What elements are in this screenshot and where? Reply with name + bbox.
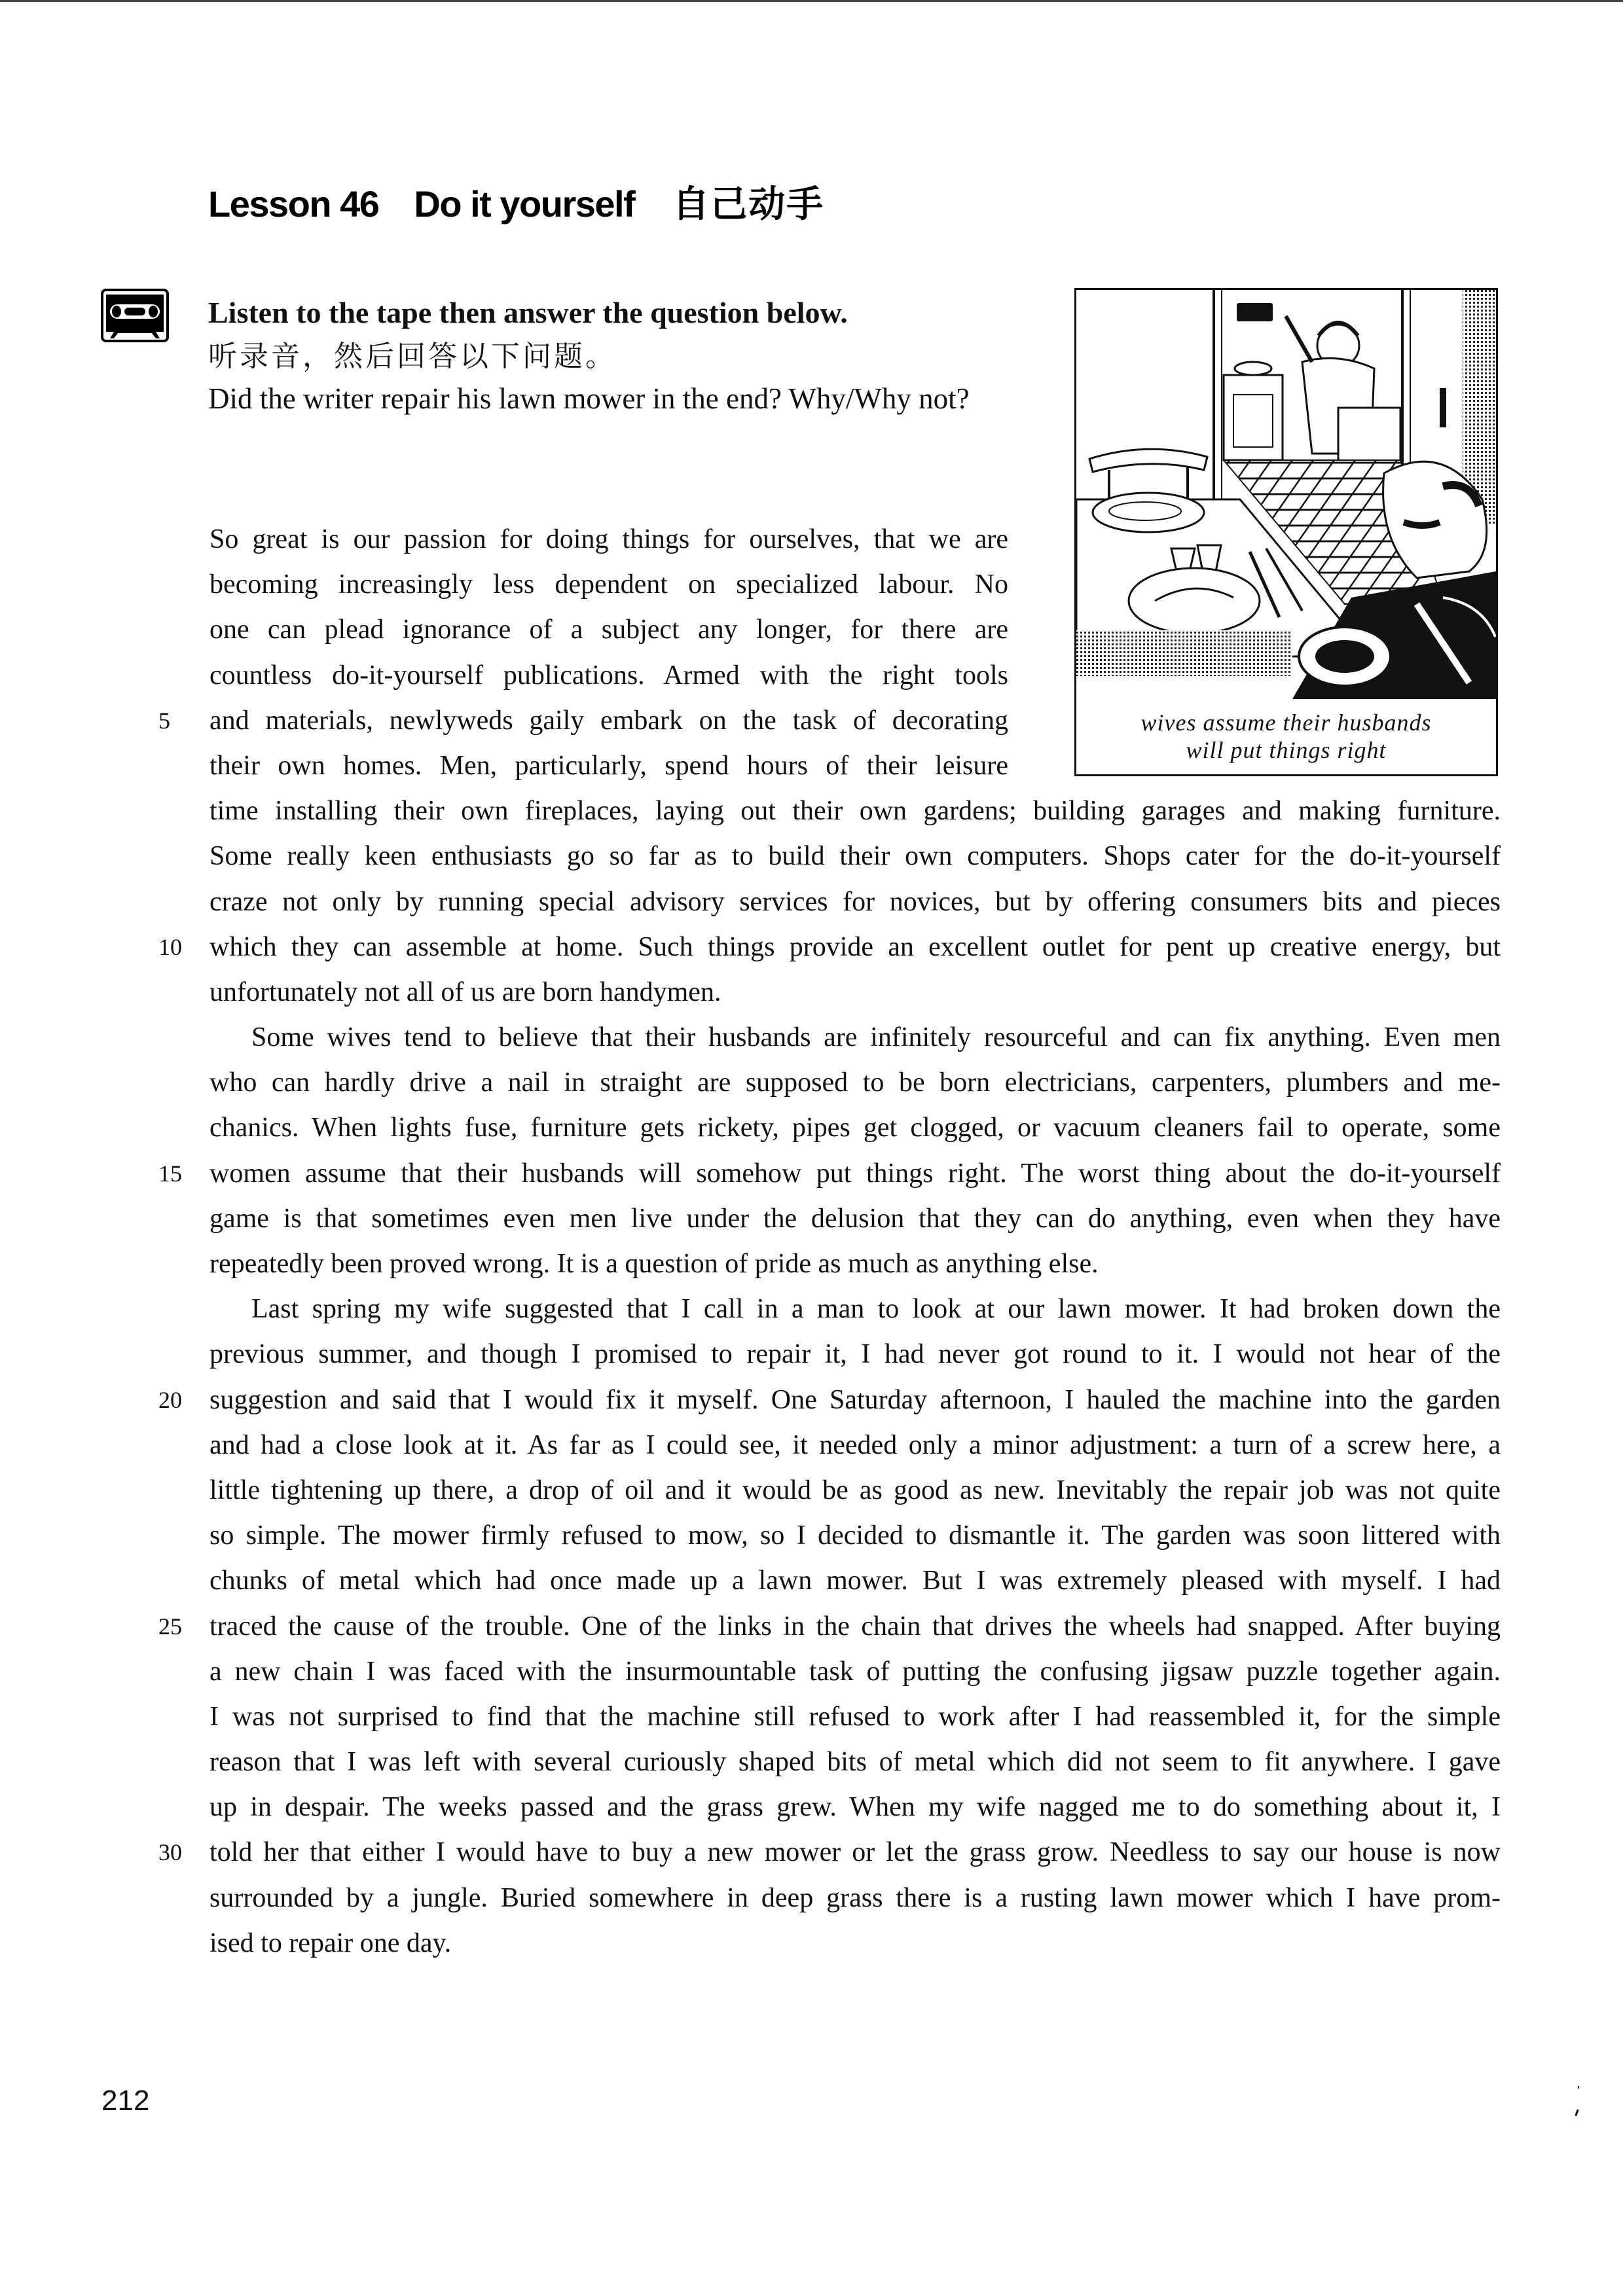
lesson-title-en: Do it yourself	[414, 183, 634, 225]
passage-line: Some really keen enthusiasts go so far a…	[210, 834, 1501, 879]
passage-line: 5and materials, newlyweds gaily embark o…	[210, 698, 1008, 744]
comprehension-question: Did the writer repair his lawn mower in …	[208, 381, 1027, 416]
passage-line: 30told her that either I would have to b…	[210, 1830, 1501, 1875]
passage-line: chanics. When lights fuse, furniture get…	[210, 1105, 1501, 1151]
passage-line: one can plead ignorance of a subject any…	[210, 607, 1008, 653]
passage-line: reason that I was left with several curi…	[210, 1740, 1501, 1785]
passage-line: who can hardly drive a nail in straight …	[210, 1060, 1501, 1105]
page-number: 212	[101, 2085, 149, 2117]
passage-line: a new chain I was faced with the insurmo…	[210, 1649, 1501, 1695]
line-number: 5	[158, 698, 191, 744]
line-number: 20	[158, 1378, 191, 1423]
passage-line: so simple. The mower firmly refused to m…	[210, 1513, 1501, 1558]
line-number: 25	[158, 1604, 191, 1649]
listening-instructions: Listen to the tape then answer the quest…	[208, 293, 1059, 416]
cassette-tape-icon	[101, 289, 169, 342]
instruction-en: Listen to the tape then answer the quest…	[208, 293, 1059, 332]
scan-speck	[1578, 2086, 1579, 2089]
scan-top-edge-rule	[0, 0, 1623, 2]
passage-line: Last spring my wife suggested that I cal…	[210, 1287, 1501, 1332]
passage-line: chunks of metal which had once made up a…	[210, 1558, 1501, 1604]
passage-line: surrounded by a jungle. Buried somewhere…	[210, 1876, 1501, 1921]
reading-passage: So great is our passion for doing things…	[210, 517, 1501, 1966]
passage-line: ised to repair one day.	[210, 1921, 1501, 1966]
passage-line: 25traced the cause of the trouble. One o…	[210, 1604, 1501, 1649]
lesson-number: Lesson 46	[208, 183, 378, 225]
passage-line: 20suggestion and said that I would fix i…	[210, 1378, 1501, 1423]
instruction-zh: 听录音，然后回答以下问题。	[208, 336, 1059, 377]
passage-line: repeatedly been proved wrong. It is a qu…	[210, 1242, 1501, 1287]
passage-line: and had a close look at it. As far as I …	[210, 1423, 1501, 1468]
lesson-title-zh: 自己动手	[672, 175, 824, 228]
passage-line: time installing their own fireplaces, la…	[210, 789, 1501, 834]
passage-line: craze not only by running special adviso…	[210, 880, 1501, 925]
line-number: 10	[158, 925, 191, 970]
passage-line: previous summer, and though I promised t…	[210, 1332, 1501, 1377]
line-number: 30	[158, 1830, 191, 1875]
passage-line: 10which they can assemble at home. Such …	[210, 925, 1501, 970]
passage-line: 15women assume that their husbands will …	[210, 1151, 1501, 1196]
passage-line: countless do-it-yourself publications. A…	[210, 653, 1008, 698]
passage-line: I was not surprised to find that the mac…	[210, 1695, 1501, 1740]
passage-line: unfortunately not all of us are born han…	[210, 970, 1501, 1015]
passage-line: up in despair. The weeks passed and the …	[210, 1785, 1501, 1830]
passage-line: little tightening up there, a drop of oi…	[210, 1468, 1501, 1513]
lesson-title: Lesson 46Do it yourself自己动手	[208, 175, 824, 228]
passage-line: So great is our passion for doing things…	[210, 517, 1008, 562]
passage-line: becoming increasingly less dependent on …	[210, 562, 1008, 607]
passage-line: their own homes. Men, particularly, spen…	[210, 744, 1008, 789]
passage-line: game is that sometimes even men live und…	[210, 1196, 1501, 1242]
scan-speck	[1575, 2109, 1578, 2116]
line-number: 15	[158, 1151, 191, 1196]
passage-line: Some wives tend to believe that their hu…	[210, 1015, 1501, 1060]
